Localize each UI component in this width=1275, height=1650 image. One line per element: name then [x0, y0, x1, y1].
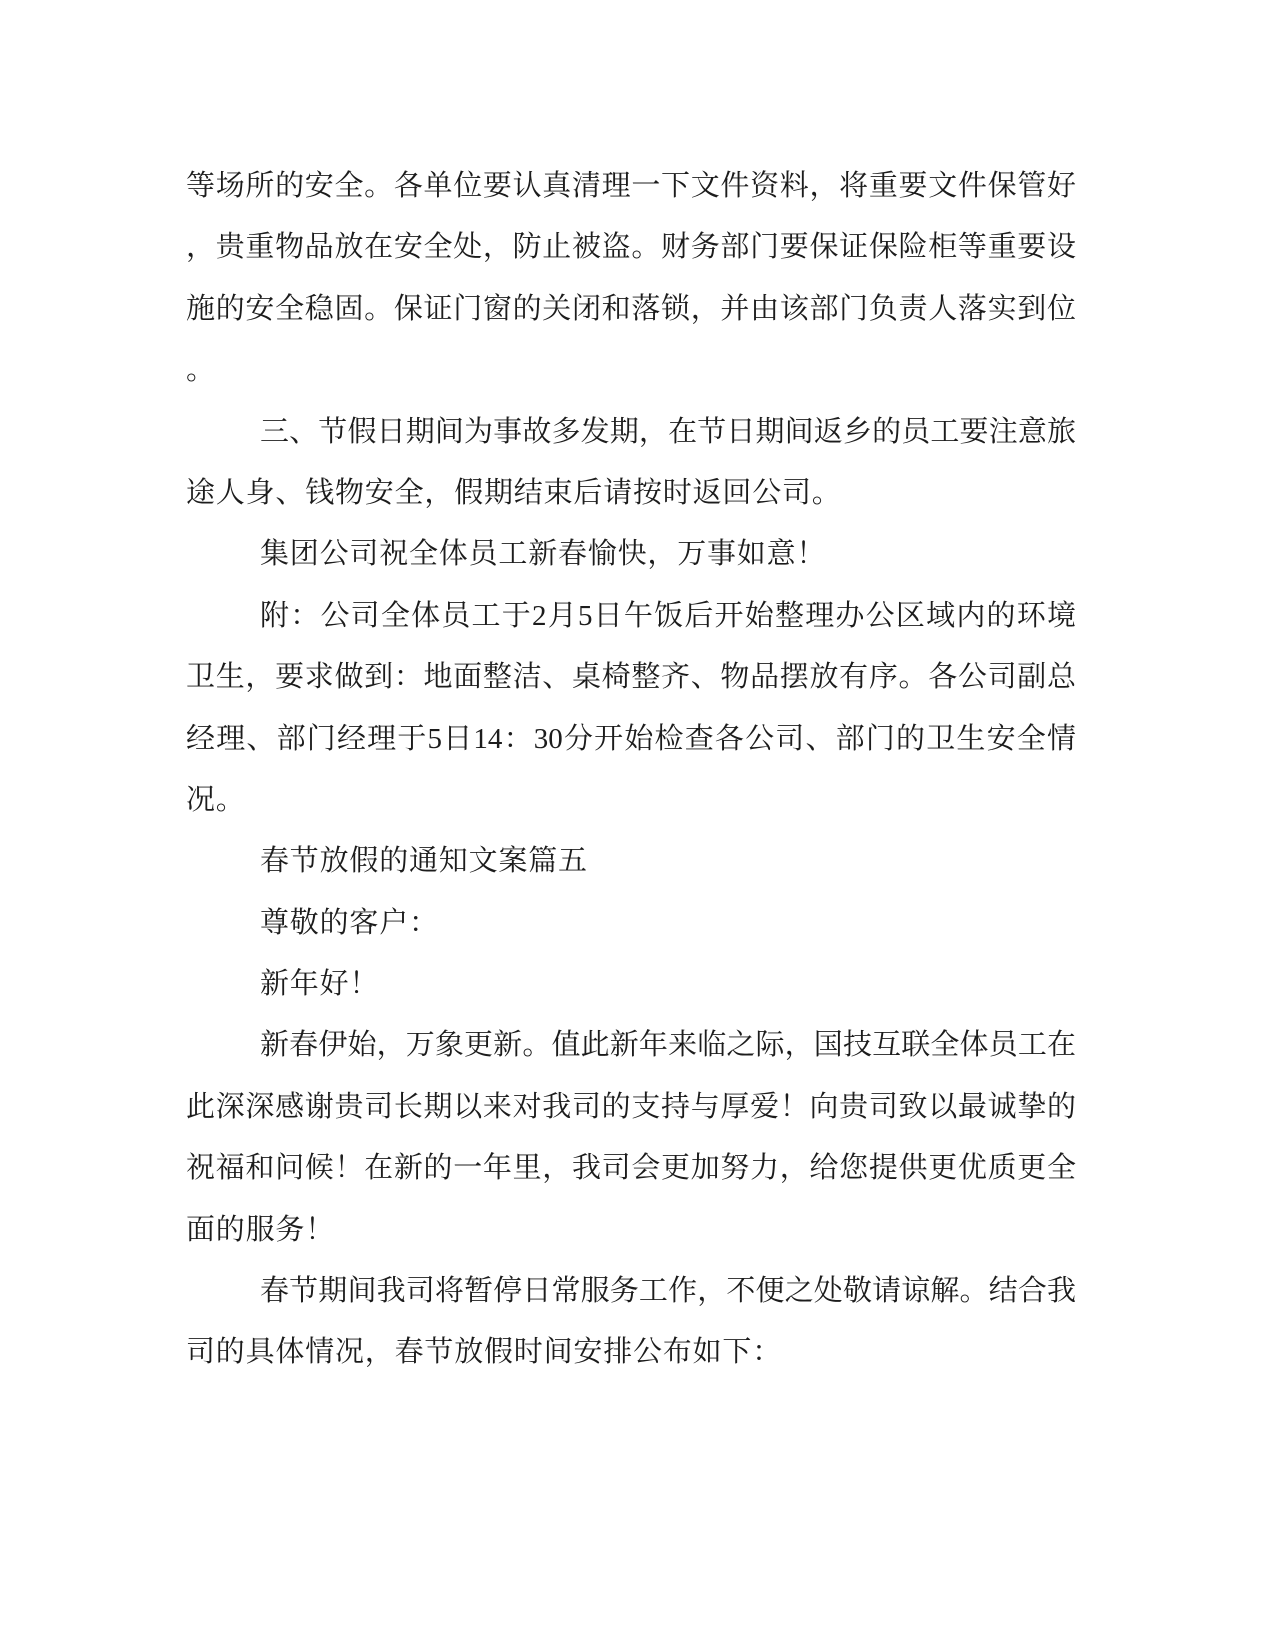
text-line: 途人身、钱物安全，假期结束后请按时返回公司。: [186, 463, 1076, 524]
document-body: 等场所的安全。各单位要认真清理一下文件资料，将重要文件保管好 ，贵重物品放在安全…: [186, 156, 1076, 1384]
text-line: 况。: [186, 770, 1076, 831]
text-line: 三、节假日期间为事故多发期，在节日期间返乡的员工要注意旅: [186, 402, 1076, 463]
text-line: 春节放假的通知文案篇五: [186, 831, 1076, 892]
text-line: 春节期间我司将暂停日常服务工作，不便之处敬请谅解。结合我: [186, 1261, 1076, 1322]
text-line: 经理、部门经理于5日14：30分开始检查各公司、部门的卫生安全情: [186, 709, 1076, 770]
text-line: 。: [186, 340, 1076, 401]
text-line: 面的服务！: [186, 1200, 1076, 1261]
text-line: 卫生，要求做到：地面整洁、桌椅整齐、物品摆放有序。各公司副总: [186, 647, 1076, 708]
text-line: 施的安全稳固。保证门窗的关闭和落锁，并由该部门负责人落实到位: [186, 279, 1076, 340]
text-line: 此深深感谢贵司长期以来对我司的支持与厚爱！向贵司致以最诚挚的: [186, 1077, 1076, 1138]
text-line: 司的具体情况，春节放假时间安排公布如下：: [186, 1322, 1076, 1383]
text-line: ，贵重物品放在安全处，防止被盗。财务部门要保证保险柜等重要设: [186, 217, 1076, 278]
text-line: 集团公司祝全体员工新春愉快，万事如意！: [186, 524, 1076, 585]
text-line: 附：公司全体员工于2月5日午饭后开始整理办公区域内的环境: [186, 586, 1076, 647]
text-line: 等场所的安全。各单位要认真清理一下文件资料，将重要文件保管好: [186, 156, 1076, 217]
text-line: 祝福和问候！在新的一年里，我司会更加努力，给您提供更优质更全: [186, 1138, 1076, 1199]
document-page: 等场所的安全。各单位要认真清理一下文件资料，将重要文件保管好 ，贵重物品放在安全…: [0, 0, 1275, 1650]
text-line: 新春伊始，万象更新。值此新年来临之际，国技互联全体员工在: [186, 1015, 1076, 1076]
text-line: 新年好！: [186, 954, 1076, 1015]
text-line: 尊敬的客户：: [186, 893, 1076, 954]
